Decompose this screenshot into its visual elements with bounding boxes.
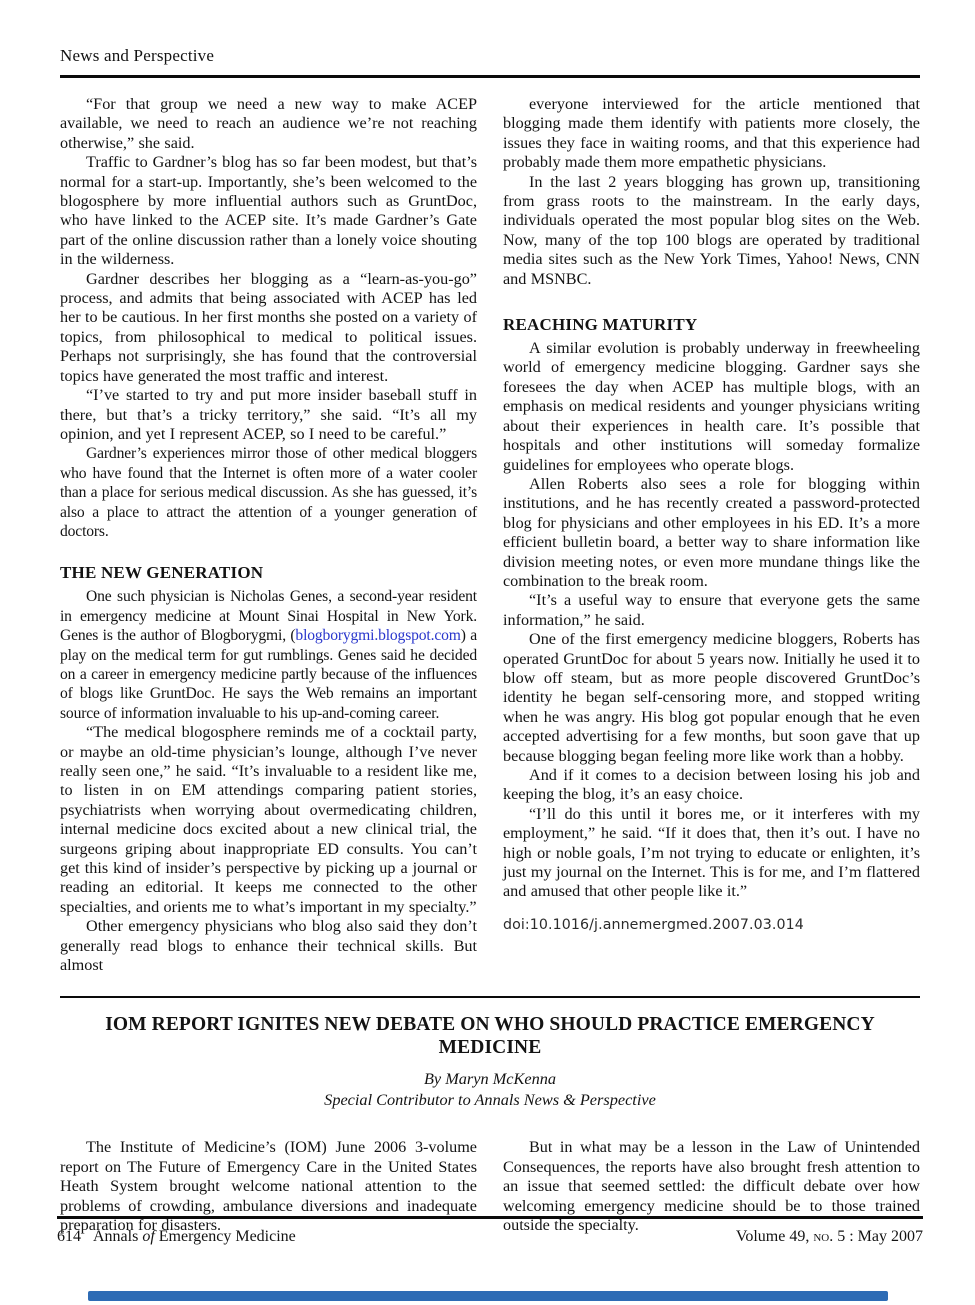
byline: By Maryn McKenna (60, 1068, 920, 1089)
volume-info-part: no. (813, 1228, 833, 1245)
journal-name-part: Annals (93, 1228, 138, 1245)
blog-link[interactable]: blogborygmi.blogspot.com (295, 627, 460, 644)
header-rule (60, 75, 920, 78)
paragraph: “I’ll do this until it bores me, or it i… (503, 805, 920, 902)
paragraph: “The medical blogosphere reminds me of a… (60, 723, 477, 917)
paragraph: “It’s a useful way to ensure that everyo… (503, 591, 920, 630)
section-heading-new-generation: THE NEW GENERATION (60, 563, 477, 583)
volume-info-part: Volume 49, (736, 1228, 813, 1245)
section-heading-reaching-maturity: REACHING MATURITY (503, 315, 920, 335)
journal-page: News and Perspective “For that group we … (0, 0, 975, 1236)
paragraph: Gardner’s experiences mirror those of ot… (60, 444, 477, 541)
journal-name: Annals of Emergency Medicine (93, 1228, 296, 1245)
contributor-line: Special Contributor to Annals News & Per… (60, 1089, 920, 1110)
footer-left: 614Annals of Emergency Medicine (57, 1228, 296, 1246)
paragraph: “For that group we need a new way to mak… (60, 95, 477, 153)
page-footer: 614Annals of Emergency Medicine Volume 4… (57, 1216, 923, 1246)
article-title: IOM REPORT IGNITES NEW DEBATE ON WHO SHO… (75, 1013, 905, 1059)
paragraph: A similar evolution is probably underway… (503, 339, 920, 475)
paragraph: In the last 2 years blogging has grown u… (503, 173, 920, 289)
left-column: “For that group we need a new way to mak… (60, 95, 477, 975)
volume-info-part: 5 : May 2007 (833, 1228, 923, 1245)
right-column: everyone interviewed for the article men… (503, 95, 920, 975)
article-divider-rule (60, 996, 920, 998)
volume-info: Volume 49, no. 5 : May 2007 (736, 1228, 923, 1246)
paragraph: Gardner describes her blogging as a “lea… (60, 270, 477, 386)
section-label: News and Perspective (60, 46, 920, 66)
bottom-scrollbar[interactable] (88, 1291, 888, 1301)
journal-name-part: of (142, 1228, 154, 1245)
paragraph: Traffic to Gardner’s blog has so far bee… (60, 153, 477, 269)
doi-text: doi:10.1016/j.annemergmed.2007.03.014 (503, 917, 920, 933)
paragraph: Other emergency physicians who blog also… (60, 917, 477, 975)
paragraph: One such physician is Nicholas Genes, a … (60, 587, 477, 723)
page-number: 614 (57, 1228, 81, 1245)
journal-name-part: Emergency Medicine (159, 1228, 296, 1245)
article-blogging-columns: “For that group we need a new way to mak… (60, 95, 920, 975)
paragraph: “I’ve started to try and put more inside… (60, 386, 477, 444)
paragraph: Allen Roberts also sees a role for blogg… (503, 475, 920, 591)
paragraph: everyone interviewed for the article men… (503, 95, 920, 173)
paragraph: One of the first emergency medicine blog… (503, 630, 920, 766)
paragraph: And if it comes to a decision between lo… (503, 766, 920, 805)
